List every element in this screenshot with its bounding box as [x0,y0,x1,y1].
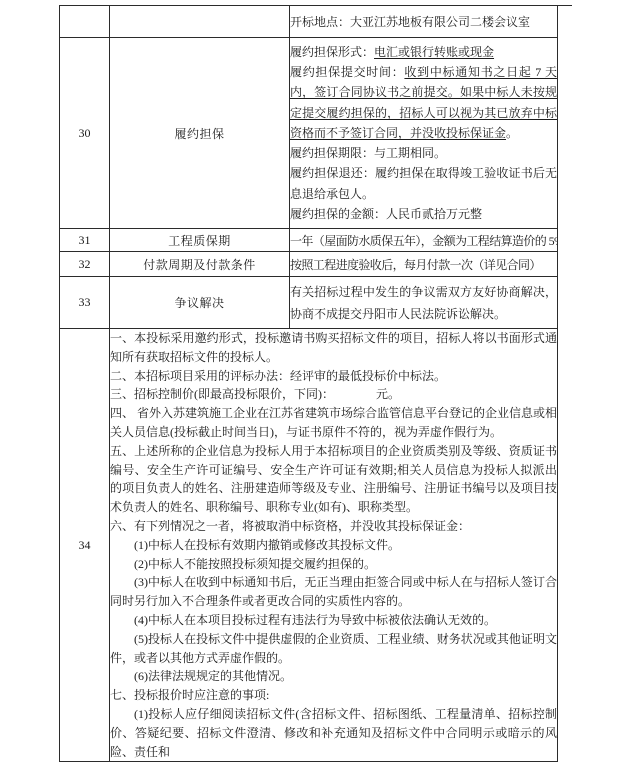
top-border-overhang-line [557,5,572,6]
row-number-cell: 32 [60,252,110,277]
row-number-cell: 33 [60,277,110,329]
row-label-cell: 工程质保期 [110,229,290,252]
row-label-cell: 争议解决 [110,277,290,329]
paragraph: (1)中标人在投标有效期内撤销或修改其投标文件。 [110,536,557,555]
row-number-cell: 31 [60,229,110,252]
paragraph: 履约担保提交时间：收到中标通知书之日起 7 天内，签订合同协议书之前提交。如果中… [290,62,557,143]
paragraph: 三、招标控制价(即最高投标限价，下同)： 元。 [110,385,557,404]
paragraph: (4)中标人在本项目投标过程有违法行为导致中标被依法确认无效的。 [110,611,557,630]
row-number-cell: 30 [60,38,110,229]
paragraph: (2)中标人不能按照投标须知提交履约担保的。 [110,555,557,574]
text: 履约担保的金额：人民币贰拾万元整 [290,207,482,221]
paragraph: 七、投标报价时应注意的事项: [110,686,557,705]
row-label-cell: 付款周期及付款条件 [110,252,290,277]
paragraph: (5)投标人在投标文件中提供虚假的企业资质、工程业绩、财务状况或其他证明文件，或… [110,630,557,668]
paragraph: 履约担保期限：与工期相同。 [290,143,557,163]
tender-info-table: 开标地点：大亚江苏地板有限公司二楼会议室 30 履约担保 履约担保形式：电汇或银… [59,5,558,762]
text: 履约担保退还：履约担保在取得竣工验收证书后无息退给承包人。 [290,166,557,200]
table-row-continuation: 开标地点：大亚江苏地板有限公司二楼会议室 [60,6,558,38]
text: 履约担保提交时间： [290,65,404,79]
paragraph: 五、上述所称的企业信息为投标人用于本招标项目的企业资质类别及等级、资质证书编号、… [110,442,557,517]
document-page: 开标地点：大亚江苏地板有限公司二楼会议室 30 履约担保 履约担保形式：电汇或银… [0,0,634,766]
paragraph: 二、本招标项目采用的评标办法：经评审的最低投标价中标法。 [110,367,557,386]
row-notes-cell: 一、本投标采用邀约形式，投标邀请书购买招标文件的项目，招标人将以书面形式通知所有… [110,329,558,762]
paragraph: (6)法律法规规定的其他情况。 [110,667,557,686]
paragraph: 四、 省外入苏建筑施工企业在江苏省建筑市场综合监管信息平台登记的企业信息或相关人… [110,404,557,442]
row-content-cell: 履约担保形式：电汇或银行转账或现金履约担保提交时间：收到中标通知书之日起 7 天… [290,38,558,229]
row-number-cell [60,6,110,38]
paragraph: 履约担保退还：履约担保在取得竣工验收证书后无息退给承包人。 [290,163,557,204]
table-row-30: 30 履约担保 履约担保形式：电汇或银行转账或现金履约担保提交时间：收到中标通知… [60,38,558,229]
row-label-cell: 履约担保 [110,38,290,229]
row-label-cell [110,6,290,38]
row-content-cell: 一年（屋面防水质保五年），金额为工程结算造价的 5%。 [290,229,558,252]
row-content-cell: 有关招标过程中发生的争议需双方友好协商解决，协商不成提交丹阳市人民法院诉讼解决。 [290,277,558,329]
underlined-text: 电汇或银行转账或现金 [374,45,494,59]
row-content-cell: 开标地点：大亚江苏地板有限公司二楼会议室 [290,6,558,38]
table-row-33: 33 争议解决 有关招标过程中发生的争议需双方友好协商解决，协商不成提交丹阳市人… [60,277,558,329]
table-row-31: 31 工程质保期 一年（屋面防水质保五年），金额为工程结算造价的 5%。 [60,229,558,252]
text: 履约担保期限：与工期相同。 [290,146,446,160]
row-content-cell: 按照工程进度验收后，每月付款一次（详见合同） [290,252,558,277]
paragraph: (3)中标人在收到中标通知书后，无正当理由拒签合同或中标人在与招标人签订合同时另… [110,573,557,611]
paragraph: 履约担保形式：电汇或银行转账或现金 [290,42,557,62]
paragraph: 六、有下列情况之一者，将被取消中标资格，并没收其投标保证金： [110,517,557,536]
text: 。 [506,126,518,140]
table-row-32: 32 付款周期及付款条件 按照工程进度验收后，每月付款一次（详见合同） [60,252,558,277]
row-number-cell: 34 [60,329,110,762]
paragraph: 履约担保的金额：人民币贰拾万元整 [290,204,557,224]
paragraph: 一、本投标采用邀约形式，投标邀请书购买招标文件的项目，招标人将以书面形式通知所有… [110,329,557,367]
table-row-34: 34 一、本投标采用邀约形式，投标邀请书购买招标文件的项目，招标人将以书面形式通… [60,329,558,762]
text: 履约担保形式： [290,45,374,59]
paragraph: (1)投标人应仔细阅读招标文件(含招标文件、招标图纸、工程量清单、招标控制价、答… [110,705,557,761]
